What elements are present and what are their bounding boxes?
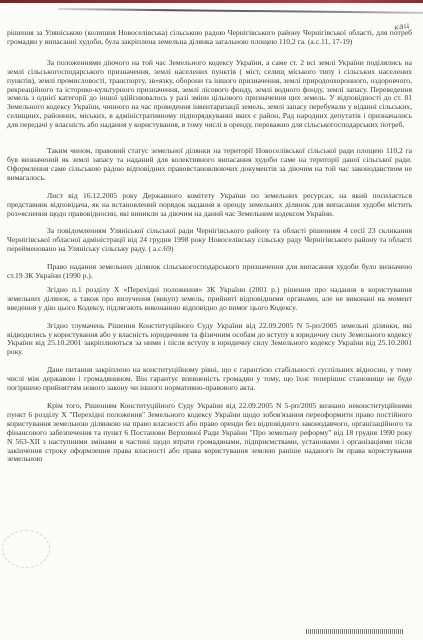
- scan-top-edge: [0, 0, 423, 3]
- scan-artifact-line: [58, 8, 423, 14]
- paragraph-unconstitutional: Крім того, Рішенням Конституційного Суду…: [7, 402, 412, 464]
- paragraph-land-code-categories: За положеннями діючого на той час Земель…: [7, 59, 412, 130]
- barcode: [306, 629, 404, 634]
- paragraph-legal-status: Таким чином, правовий статус земельної д…: [7, 147, 412, 183]
- paragraph-transitional-provisions: Згідно п.1 розділу Х «Перехідні положенн…: [7, 286, 412, 313]
- paragraph-letter-2005: Лист від 16.12.2005 року Державного комі…: [7, 192, 412, 219]
- paragraph-continuation: рішення за Уляніською (колишня Новоселів…: [7, 29, 412, 47]
- faded-stamp: [2, 530, 50, 568]
- paragraph-constitutional-level: Дане питання закріплено на конституційно…: [7, 366, 412, 393]
- paragraph-constitutional-court: Згідно тлумачень Рішення Конституційного…: [7, 322, 412, 358]
- paragraph-art19: Право надання земельних ділянок сільсько…: [7, 263, 412, 281]
- document-page: рішення за Уляніською (колишня Новоселів…: [7, 29, 412, 464]
- paragraph-renaming: За повідомленням Уляніської сільської ра…: [7, 227, 412, 254]
